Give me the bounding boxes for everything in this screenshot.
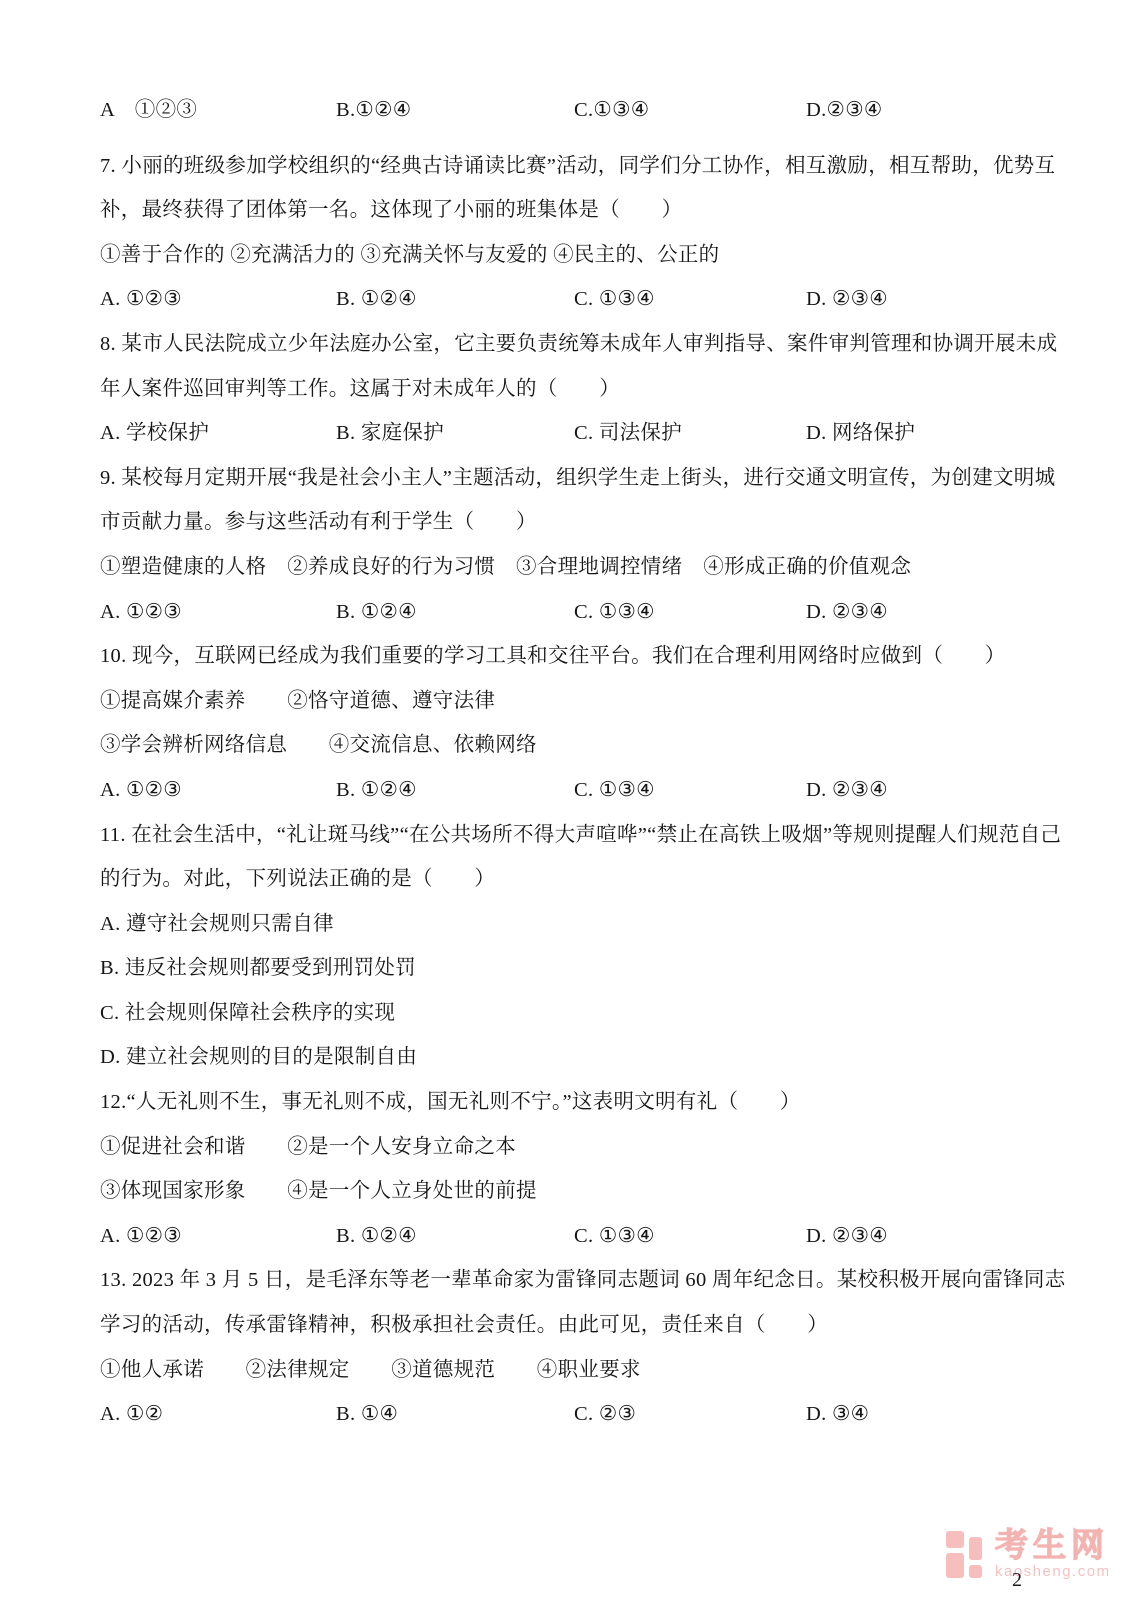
answer-options-row: A ①②③B.①②④C.①③④D.②③④	[100, 88, 1031, 133]
answer-options-row: A. ①②③B. ①②④C. ①③④D. ②③④	[100, 590, 1031, 635]
answer-option: C. ①③④	[574, 1214, 806, 1259]
question-block-q13: 13. 2023 年 3 月 5 日，是毛泽东等老一辈革命家为雷锋同志题词 60…	[100, 1258, 1031, 1436]
answer-option: B.①②④	[336, 88, 574, 133]
question-text-line: 9. 某校每月定期开展“我是社会小主人”主题活动，组织学生走上街头，进行交通文明…	[100, 456, 1031, 501]
answer-option: C.①③④	[574, 88, 806, 133]
answer-option: C. ①③④	[574, 768, 806, 813]
question-text-line: 补，最终获得了团体第一名。这体现了小丽的班集体是（ ）	[100, 188, 1031, 233]
answer-option: C. ①③④	[574, 277, 806, 322]
question-block-q10: 10. 现今，互联网已经成为我们重要的学习工具和交往平台。我们在合理利用网络时应…	[100, 634, 1031, 812]
watermark: 考生网 kaosheng.com	[946, 1528, 1111, 1580]
question-block-q12: 12.“人无礼则不生，事无礼则不成，国无礼则不宁。”这表明文明有礼（ ）①促进社…	[100, 1080, 1031, 1258]
answer-option: D. ②③④	[806, 590, 1031, 635]
answer-option: A. ①②③	[100, 1214, 336, 1259]
question-text-line: 12.“人无礼则不生，事无礼则不成，国无礼则不宁。”这表明文明有礼（ ）	[100, 1080, 1031, 1125]
question-text-line: ③学会辨析网络信息 ④交流信息、依赖网络	[100, 723, 1031, 768]
exam-content: A ①②③B.①②④C.①③④D.②③④7. 小丽的班级参加学校组织的“经典古诗…	[0, 0, 1131, 1437]
answer-option: A. ①②③	[100, 277, 336, 322]
answer-option: C. 司法保护	[574, 411, 806, 456]
kaosheng-logo-icon	[946, 1528, 984, 1580]
exam-page: A ①②③B.①②④C.①③④D.②③④7. 小丽的班级参加学校组织的“经典古诗…	[0, 0, 1131, 1600]
question-text-line: ①提高媒介素养 ②恪守道德、遵守法律	[100, 679, 1031, 724]
question-block-q11: 11. 在社会生活中，“礼让斑马线”“在公共场所不得大声喧哗”“禁止在高铁上吸烟…	[100, 813, 1031, 1081]
page-number: 2	[1012, 1568, 1022, 1592]
answer-option: B. ①④	[336, 1392, 574, 1437]
question-text-line: ①善于合作的 ②充满活力的 ③充满关怀与友爱的 ④民主的、公正的	[100, 233, 1031, 278]
answer-options-row: A. ①②③B. ①②④C. ①③④D. ②③④	[100, 1214, 1031, 1259]
answer-option: D. 网络保护	[806, 411, 1031, 456]
answer-option: B. 家庭保护	[336, 411, 574, 456]
question-text-line: ①促进社会和谐 ②是一个人安身立命之本	[100, 1125, 1031, 1170]
answer-option: D. ②③④	[806, 768, 1031, 813]
question-text-line: 8. 某市人民法院成立少年法庭办公室，它主要负责统筹未成年人审判指导、案件审判管…	[100, 322, 1031, 367]
answer-option: B. ①②④	[336, 590, 574, 635]
question-text-line: 市贡献力量。参与这些活动有利于学生（ ）	[100, 500, 1031, 545]
question-text-line: A. 遵守社会规则只需自律	[100, 902, 1031, 947]
answer-option: D. ③④	[806, 1392, 1031, 1437]
question-text-line: C. 社会规则保障社会秩序的实现	[100, 991, 1031, 1036]
question-text-line: 11. 在社会生活中，“礼让斑马线”“在公共场所不得大声喧哗”“禁止在高铁上吸烟…	[100, 813, 1031, 858]
question-text-line: ①他人承诺 ②法律规定 ③道德规范 ④职业要求	[100, 1348, 1031, 1393]
question-text-line: 的行为。对此，下列说法正确的是（ ）	[100, 857, 1031, 902]
answer-option: A. ①②	[100, 1392, 336, 1437]
answer-option: A. 学校保护	[100, 411, 336, 456]
question-text-line: B. 违反社会规则都要受到刑罚处罚	[100, 946, 1031, 991]
question-text-line: 年人案件巡回审判等工作。这属于对未成年人的（ ）	[100, 367, 1031, 412]
question-block-q8: 8. 某市人民法院成立少年法庭办公室，它主要负责统筹未成年人审判指导、案件审判管…	[100, 322, 1031, 456]
question-text-line: ①塑造健康的人格 ②养成良好的行为习惯 ③合理地调控情绪 ④形成正确的价值观念	[100, 545, 1031, 590]
answer-option: C. ②③	[574, 1392, 806, 1437]
answer-options-row: A. 学校保护B. 家庭保护C. 司法保护D. 网络保护	[100, 411, 1031, 456]
question-block-q9: 9. 某校每月定期开展“我是社会小主人”主题活动，组织学生走上街头，进行交通文明…	[100, 456, 1031, 634]
answer-option: B. ①②④	[336, 277, 574, 322]
question-text-line: D. 建立社会规则的目的是限制自由	[100, 1035, 1031, 1080]
answer-option: A ①②③	[100, 88, 336, 133]
answer-option: B. ①②④	[336, 1214, 574, 1259]
answer-option: D.②③④	[806, 88, 1031, 133]
answer-options-row: A. ①②B. ①④C. ②③D. ③④	[100, 1392, 1031, 1437]
answer-option: C. ①③④	[574, 590, 806, 635]
watermark-title: 考生网	[995, 1528, 1111, 1562]
answer-options-row: A. ①②③B. ①②④C. ①③④D. ②③④	[100, 768, 1031, 813]
question-text-line: 学习的活动，传承雷锋精神，积极承担社会责任。由此可见，责任来自（ ）	[100, 1303, 1031, 1348]
answer-option: D. ②③④	[806, 1214, 1031, 1259]
answer-options-row: A. ①②③B. ①②④C. ①③④D. ②③④	[100, 277, 1031, 322]
answer-option: A. ①②③	[100, 768, 336, 813]
answer-option: A. ①②③	[100, 590, 336, 635]
answer-option: D. ②③④	[806, 277, 1031, 322]
question-block-q7: 7. 小丽的班级参加学校组织的“经典古诗诵读比赛”活动，同学们分工协作，相互激励…	[100, 144, 1031, 322]
question-text-line: 7. 小丽的班级参加学校组织的“经典古诗诵读比赛”活动，同学们分工协作，相互激励…	[100, 144, 1031, 189]
question-text-line: 13. 2023 年 3 月 5 日，是毛泽东等老一辈革命家为雷锋同志题词 60…	[100, 1258, 1031, 1303]
question-text-line: 10. 现今，互联网已经成为我们重要的学习工具和交往平台。我们在合理利用网络时应…	[100, 634, 1031, 679]
question-text-line: ③体现国家形象 ④是一个人立身处世的前提	[100, 1169, 1031, 1214]
question-block-q6-options: A ①②③B.①②④C.①③④D.②③④	[100, 88, 1031, 133]
answer-option: B. ①②④	[336, 768, 574, 813]
